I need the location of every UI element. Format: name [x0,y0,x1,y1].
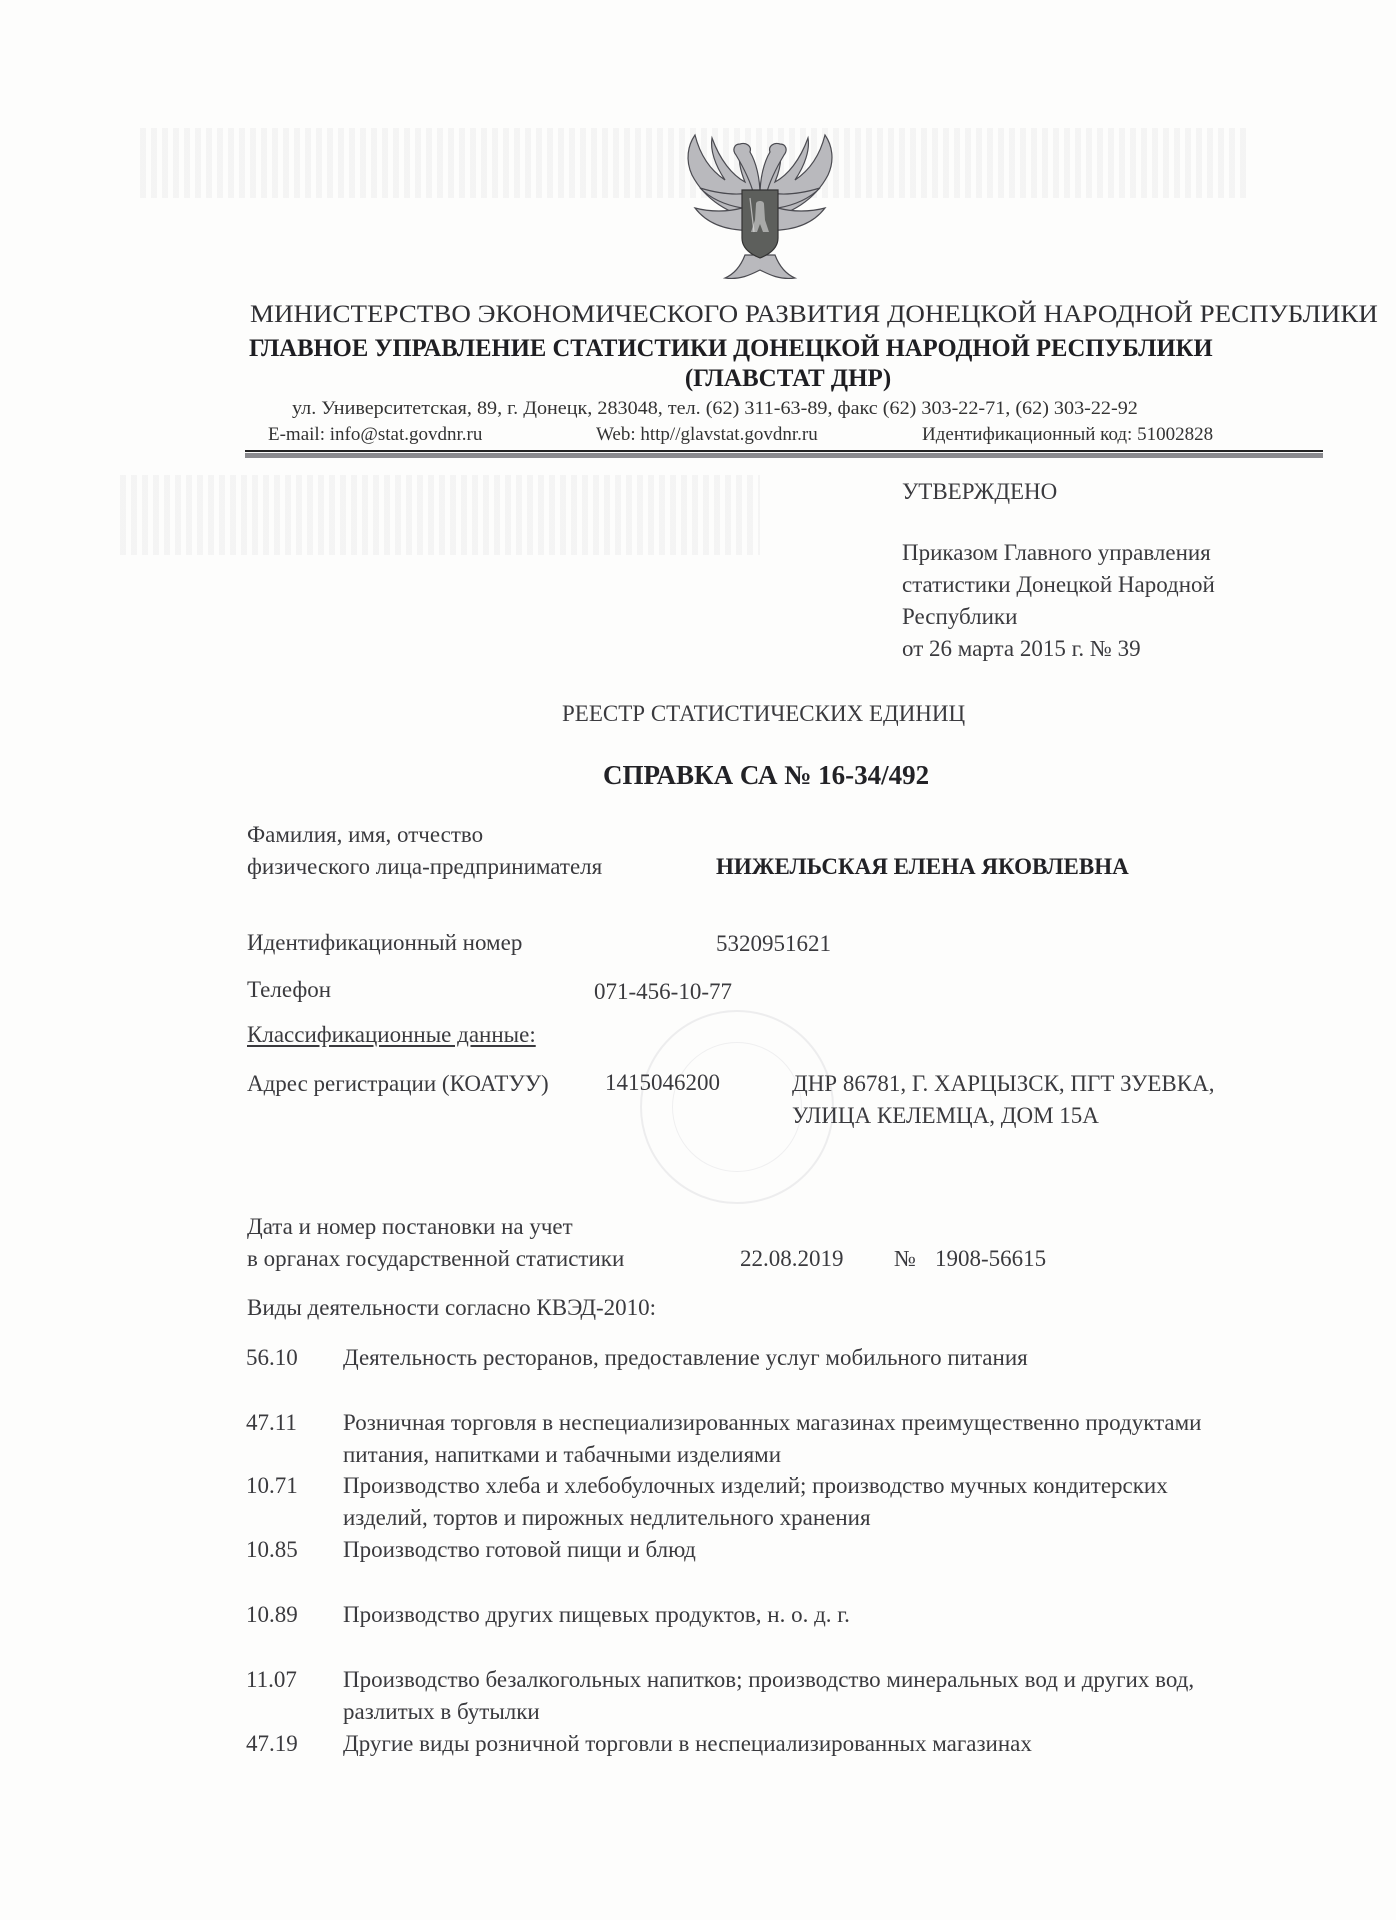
id-label: Идентификационный номер [247,931,522,954]
approval-title: УТВЕРЖДЕНО [902,480,1057,503]
activity-description: разлитых в бутылки [343,1700,540,1723]
phone-value: 071-456-10-77 [594,980,732,1003]
classification-label: Классификационные данные: [247,1023,536,1046]
contact-email: E-mail: info@stat.govdnr.ru [268,425,482,444]
contact-id-code: Идентификационный код: 51002828 [922,425,1213,444]
activity-description: Производство других пищевых продуктов, н… [343,1603,850,1626]
header-rule [245,450,1323,452]
activity-code: 47.19 [246,1732,298,1755]
approval-line: от 26 марта 2015 г. № 39 [902,637,1141,660]
address-value: УЛИЦА КЕЛЕМЦА, ДОМ 15А [792,1104,1099,1127]
activity-code: 10.89 [246,1603,298,1626]
fio-value: НИЖЕЛЬСКАЯ ЕЛЕНА ЯКОВЛЕВНА [716,855,1129,878]
activity-description: изделий, тортов и пирожных недлительного… [343,1506,871,1529]
activity-description: Другие виды розничной торговли в неспеци… [343,1732,1032,1755]
contact-web: Web: http//glavstat.govdnr.ru [596,425,818,444]
contact-address: ул. Университетская, 89, г. Донецк, 2830… [292,399,1138,418]
activity-code: 47.11 [246,1411,297,1434]
phone-label: Телефон [247,978,331,1001]
fio-label: физического лица-предпринимателя [247,855,602,878]
approval-line: Республики [902,605,1017,628]
approval-line: Приказом Главного управления [902,541,1211,564]
activity-description: Деятельность ресторанов, предоставление … [343,1346,1028,1369]
address-label: Адрес регистрации (КОАТУУ) [247,1072,549,1095]
department-name: ГЛАВНОЕ УПРАВЛЕНИЕ СТАТИСТИКИ ДОНЕЦКОЙ Н… [249,336,1213,361]
activity-description: Производство готовой пищи и блюд [343,1538,696,1561]
address-value: ДНР 86781, Г. ХАРЦЫЗСК, ПГТ ЗУЕВКА, [792,1072,1214,1095]
department-short-name: (ГЛАВСТАТ ДНР) [0,366,1396,391]
registration-date: 22.08.2019 [740,1247,844,1270]
number-sign: № [894,1247,916,1270]
registration-label: в органах государственной статистики [247,1247,624,1270]
approval-line: статистики Донецкой Народной [902,573,1215,596]
activity-code: 11.07 [246,1668,297,1691]
activity-code: 56.10 [246,1346,298,1369]
activity-code: 10.85 [246,1538,298,1561]
fio-label: Фамилия, имя, отчество [247,823,483,846]
koatuu-code: 1415046200 [605,1071,720,1094]
coat-of-arms-icon [670,120,850,290]
certificate-title: СПРАВКА СА № 16-34/492 [603,762,929,789]
registration-number: 1908-56615 [935,1247,1046,1270]
registration-label: Дата и номер постановки на учет [247,1215,573,1238]
activity-description: Розничная торговля в неспециализированны… [343,1411,1202,1434]
activity-description: Производство хлеба и хлебобулочных издел… [343,1474,1168,1497]
activity-code: 10.71 [246,1474,298,1497]
id-value: 5320951621 [716,932,831,955]
header-rule-thick [245,453,1323,458]
ministry-name: МИНИСТЕРСТВО ЭКОНОМИЧЕСКОГО РАЗВИТИЯ ДОН… [250,302,1378,327]
registry-title: РЕЕСТР СТАТИСТИЧЕСКИХ ЕДИНИЦ [562,702,965,725]
activity-description: Производство безалкогольных напитков; пр… [343,1668,1194,1691]
activities-label: Виды деятельности согласно КВЭД-2010: [247,1296,656,1319]
activity-description: питания, напитками и табачными изделиями [343,1443,781,1466]
scan-bleed-through [120,475,760,555]
